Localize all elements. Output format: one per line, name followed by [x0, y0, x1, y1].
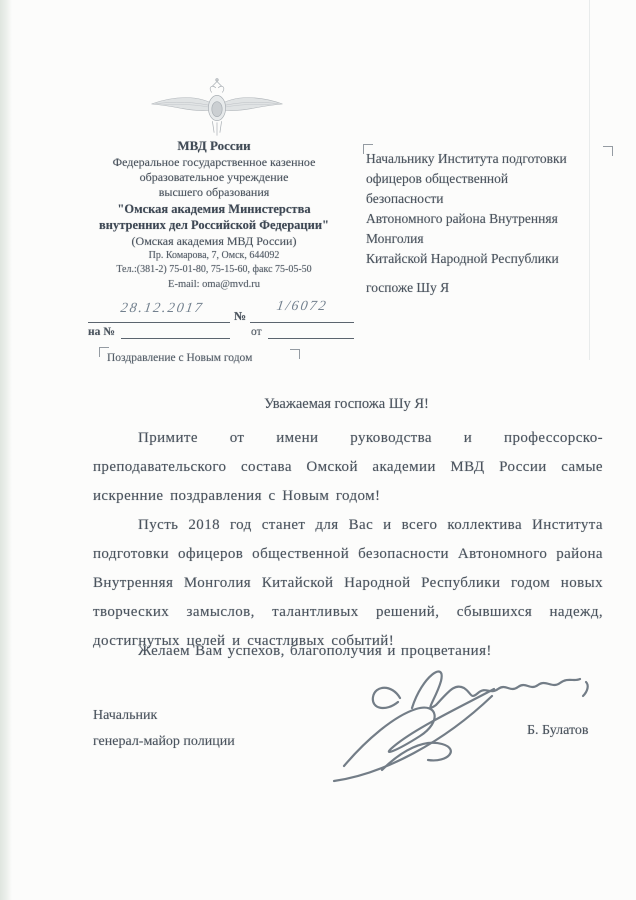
addressee-line: Автономного района Внутренняя: [366, 209, 612, 229]
org-name-alt: (Омская академия МВД России): [63, 234, 365, 249]
org-name-full-1: "Омская академия Министерства: [63, 201, 365, 217]
subject-line: Поздравление с Новым годом: [107, 352, 293, 364]
handwritten-number: 1/6072: [251, 299, 353, 315]
addressee-line: безопасности: [366, 189, 612, 209]
org-type-line: высшего образования: [63, 185, 365, 200]
org-name-full-2: внутренних дел Российской Федерации": [63, 217, 365, 233]
org-email: E-mail: oma@mvd.ru: [63, 278, 365, 291]
addressee-block: Начальнику Института подготовки офицеров…: [366, 149, 612, 298]
body-paragraph: Примите от имени руководства и профессор…: [93, 424, 603, 511]
addressee-line: Начальнику Института подготовки: [366, 149, 612, 169]
number-sign-label: №: [234, 309, 246, 324]
org-name-short: МВД России: [63, 138, 365, 155]
signer-position-line2: генерал-майор полиции: [93, 729, 235, 755]
org-type-line: образовательное учреждение: [63, 170, 365, 185]
date-underline: [88, 322, 230, 323]
from-label: от: [251, 326, 262, 338]
addressee-person: госпоже Шу Я: [366, 278, 612, 298]
mvd-eagle-emblem: [148, 76, 286, 140]
handwritten-date: 28.12.2017: [93, 301, 231, 317]
salutation: Уважаемая госпожа Шу Я!: [93, 396, 600, 413]
signer-name: Б. Булатов: [527, 723, 589, 739]
signer-position-line1: Начальник: [93, 703, 235, 729]
reply-underline: [121, 338, 230, 339]
from-underline: [268, 338, 354, 339]
body-paragraph: Пусть 2018 год станет для Вас и всего ко…: [93, 511, 603, 656]
number-underline: [250, 322, 354, 323]
org-address: Пр. Комарова, 7, Омск, 644092: [63, 250, 365, 263]
scanned-letter-page: МВД России Федеральное государственное к…: [0, 0, 636, 900]
signer-position: Начальник генерал-майор полиции: [93, 703, 235, 755]
scan-edge-shadow: [0, 0, 12, 900]
addressee-line: офицеров общественной: [366, 169, 612, 189]
reply-to-label: на №: [88, 326, 115, 338]
org-phone: Тел.:(381-2) 75-01-80, 75-15-60, факс 75…: [63, 264, 365, 277]
addressee-line: Китайской Народной Республики: [366, 249, 612, 269]
addressee-line: Монголия: [366, 229, 612, 249]
org-type-line: Федеральное государственное казенное: [63, 155, 365, 170]
letterhead: МВД России Федеральное государственное к…: [63, 138, 365, 291]
